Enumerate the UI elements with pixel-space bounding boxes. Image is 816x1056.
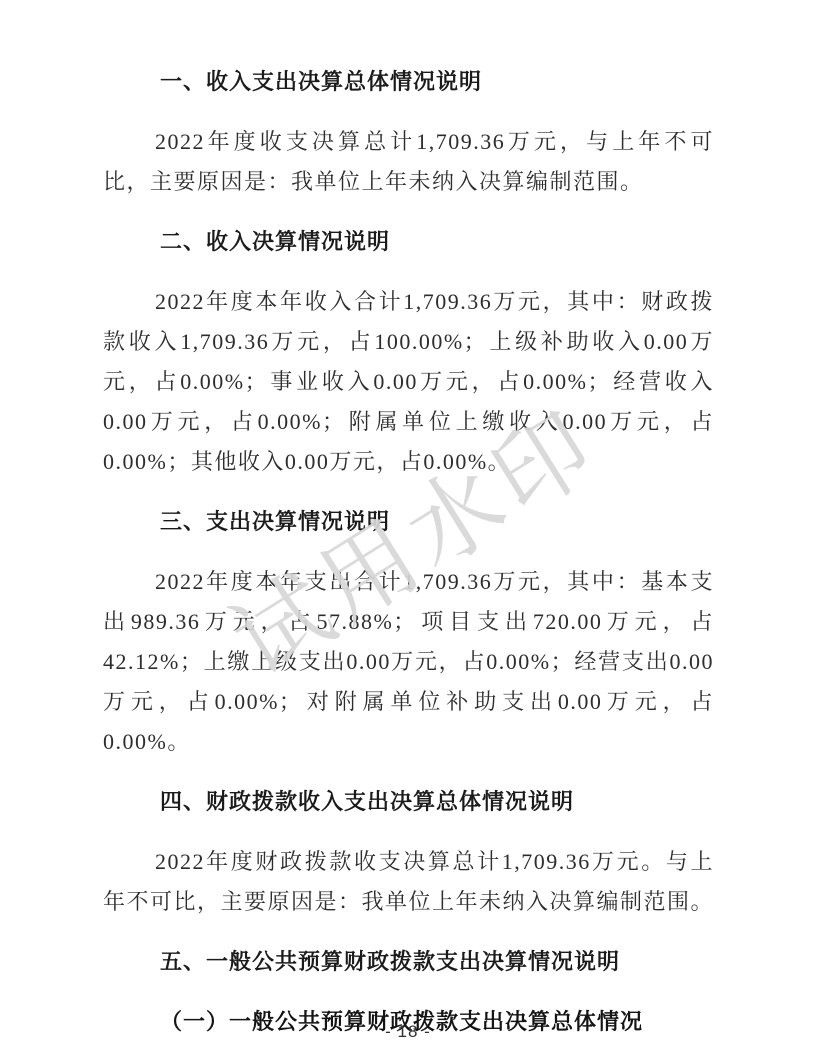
section-income-expenditure-overview: 一、收入支出决算总体情况说明 2022年度收支决算总计1,709.36万元，与上… (103, 62, 714, 202)
section-3-paragraph-1: 2022年度本年支出合计1,709.36万元，其中：基本支出989.36万元，占… (103, 562, 714, 762)
section-1-paragraph-1: 2022年度收支决算总计1,709.36万元，与上年不可比，主要原因是：我单位上… (103, 122, 714, 202)
page-number: - 18 - (0, 1022, 816, 1042)
section-1-heading: 一、收入支出决算总体情况说明 (103, 62, 714, 102)
section-4-paragraph-1: 2022年度财政拨款收支决算总计1,709.36万元。与上年不可比，主要原因是：… (103, 842, 714, 922)
document-content: 一、收入支出决算总体情况说明 2022年度收支决算总计1,709.36万元，与上… (103, 62, 714, 1042)
section-expenditure-statement: 三、支出决算情况说明 2022年度本年支出合计1,709.36万元，其中：基本支… (103, 502, 714, 762)
section-fiscal-appropriation-overview: 四、财政拨款收入支出决算总体情况说明 2022年度财政拨款收支决算总计1,709… (103, 782, 714, 922)
section-2-paragraph-1: 2022年度本年收入合计1,709.36万元，其中：财政拨款收入1,709.36… (103, 282, 714, 482)
document-page: 试用水印 一、收入支出决算总体情况说明 2022年度收支决算总计1,709.36… (0, 0, 816, 1056)
section-4-heading: 四、财政拨款收入支出决算总体情况说明 (103, 782, 714, 822)
section-3-heading: 三、支出决算情况说明 (103, 502, 714, 542)
section-2-heading: 二、收入决算情况说明 (103, 222, 714, 262)
section-income-statement: 二、收入决算情况说明 2022年度本年收入合计1,709.36万元，其中：财政拨… (103, 222, 714, 482)
section-5-heading: 五、一般公共预算财政拨款支出决算情况说明 (103, 942, 714, 982)
